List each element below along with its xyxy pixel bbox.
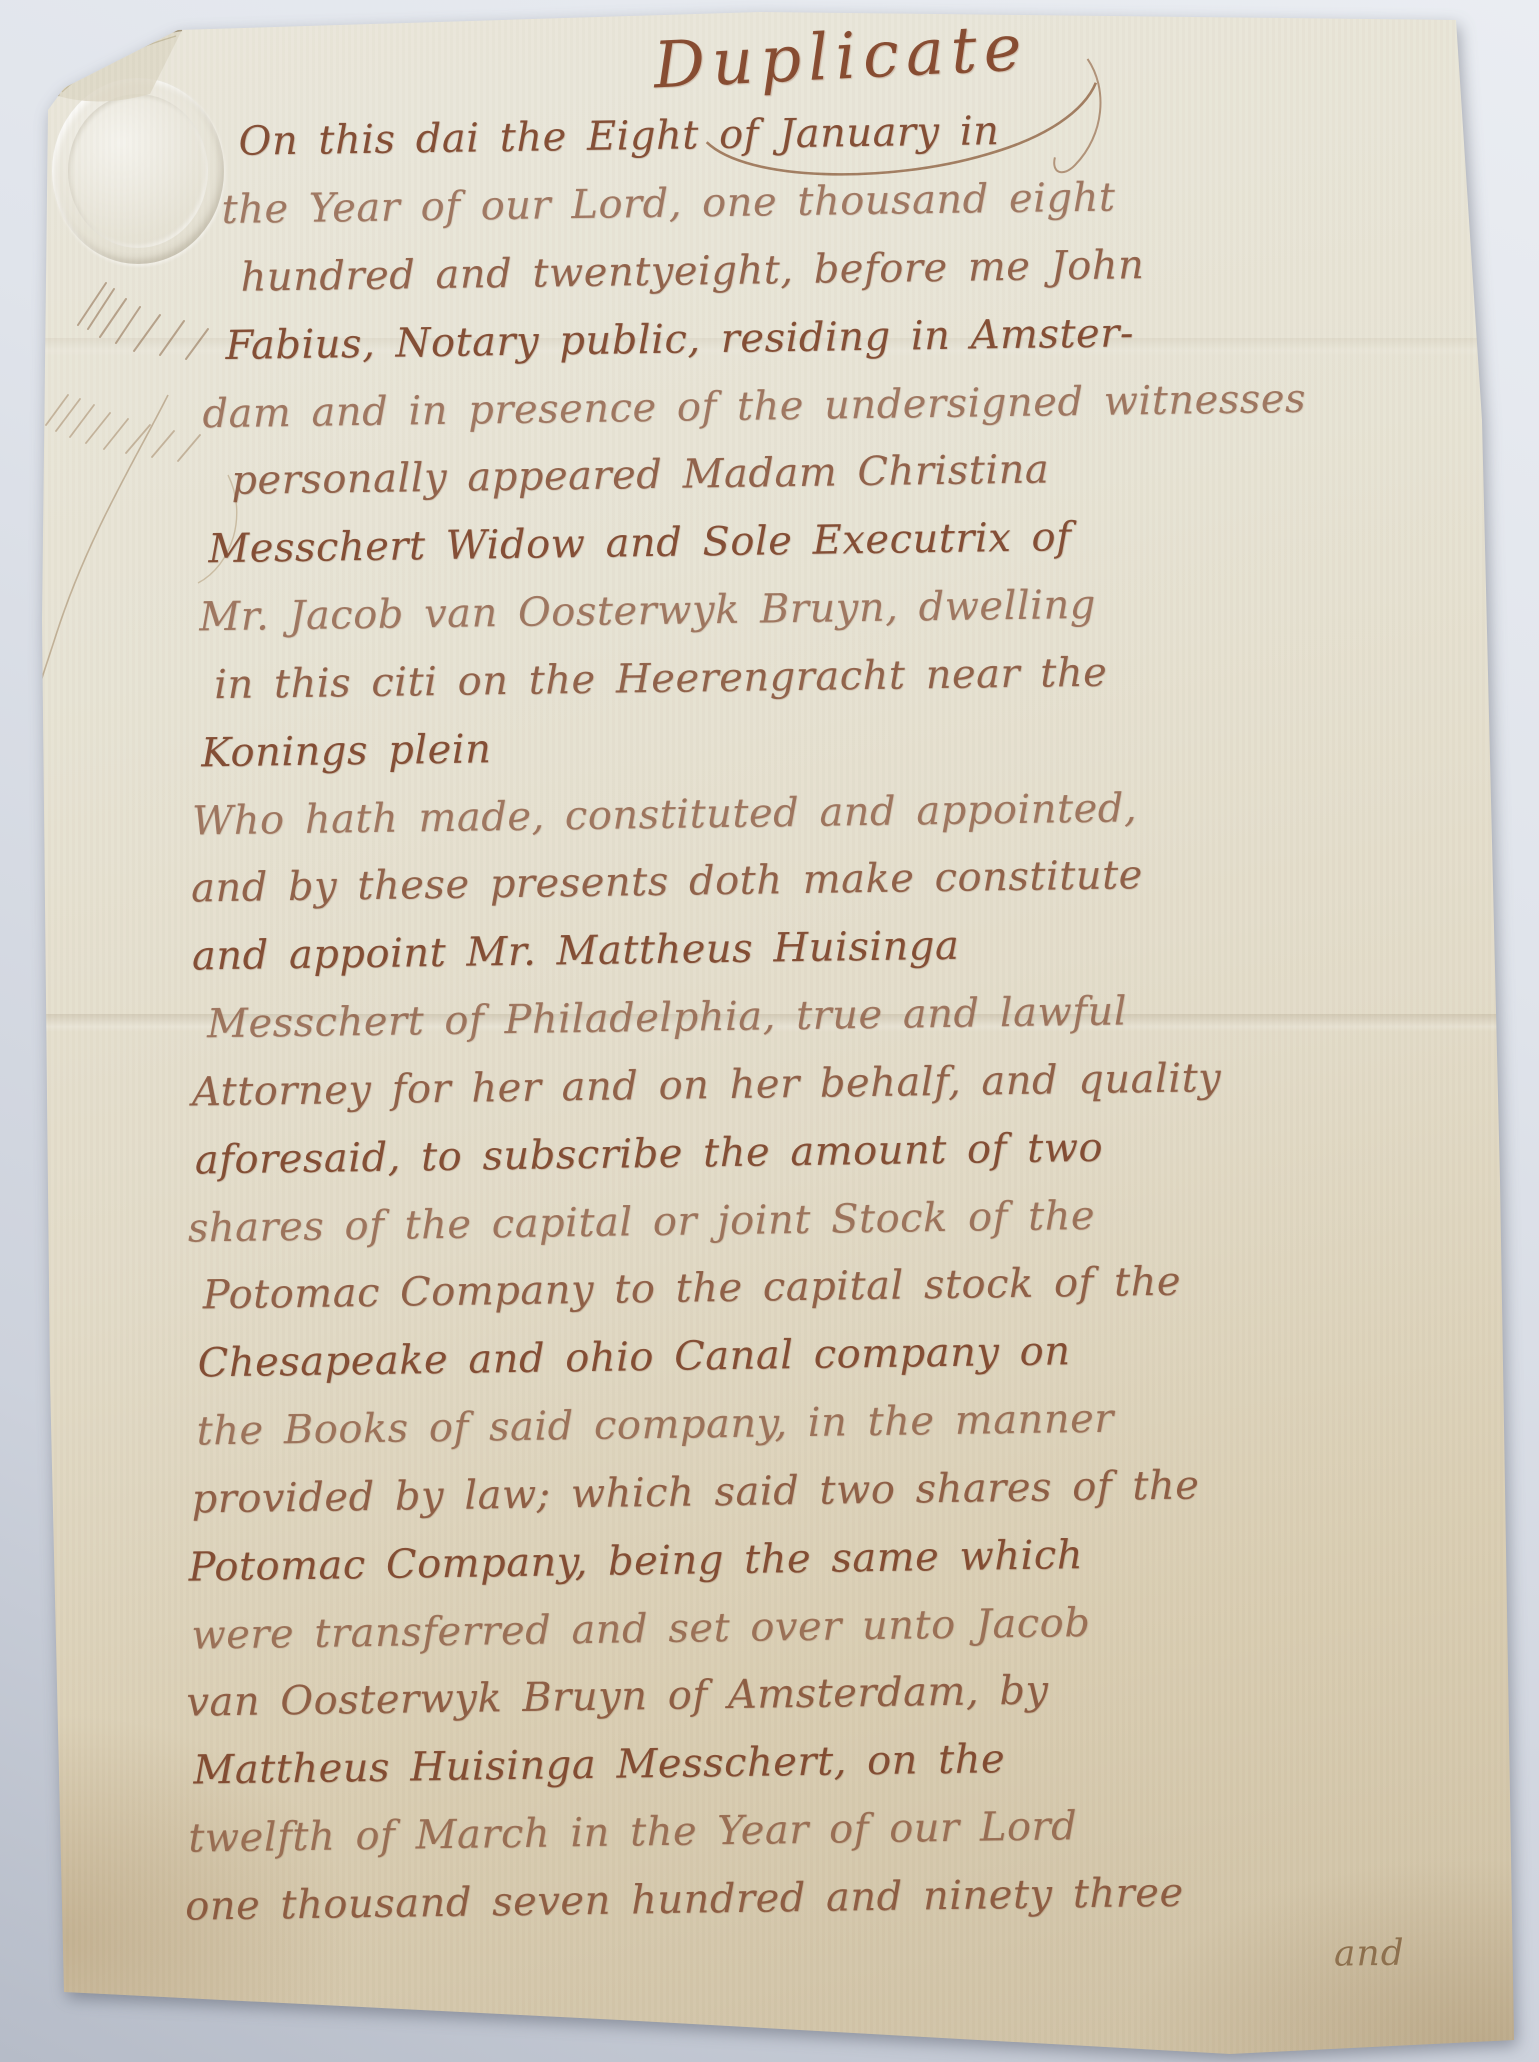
- manuscript-line: the Year of our Lord, one thousand eight: [221, 175, 1115, 233]
- fold-crease: [42, 338, 1509, 356]
- manuscript-line: Attorney for her and on her behalf, and …: [192, 1055, 1222, 1115]
- manuscript-line: van Oosterwyk Bruyn of Amsterdam, by: [186, 1668, 1049, 1726]
- manuscript-line: hundred and twentyeight, before me John: [240, 242, 1144, 301]
- manuscript-line: aforesaid, to subscribe the amount of tw…: [195, 1125, 1104, 1184]
- manuscript-line: in this citi on the Heerengracht near th…: [214, 650, 1108, 708]
- manuscript-line: provided by law; which said two shares o…: [191, 1462, 1199, 1522]
- manuscript-line: were transferred and set over unto Jacob: [191, 1600, 1090, 1659]
- manuscript-line: Fabius, Notary public, residing in Amste…: [225, 310, 1134, 369]
- margin-scrawl-annotation: [18, 215, 298, 695]
- manuscript-line: personally appeared Madam Christina: [231, 446, 1049, 503]
- manuscript-line: Mr. Jacob van Oosterwyk Bruyn, dwelling: [199, 582, 1096, 641]
- title-flourish: [625, 48, 1187, 196]
- folded-corner: [0, 0, 260, 140]
- manuscript-line: Potomac Company to the capital stock of …: [202, 1259, 1181, 1319]
- manuscript-line: twelfth of March in the Year of our Lord: [188, 1803, 1078, 1861]
- manuscript-line: Who hath made, constituted and appointed…: [192, 785, 1138, 844]
- manuscript-photo: Duplicate On this dai the Eight of Janua…: [0, 0, 1539, 2062]
- manuscript-text: Duplicate On this dai the Eight of Janua…: [0, 0, 1539, 2062]
- manuscript-line: On this dai the Eight of January in: [238, 108, 999, 165]
- manuscript-line: dam and in presence of the undersigned w…: [202, 376, 1306, 437]
- manuscript-line: one thousand seven hundred and ninety th…: [185, 1870, 1184, 1930]
- manuscript-body-text: On this dai the Eight of January inthe Y…: [0, 0, 1524, 4]
- manuscript-line: the Books of said company, in the manner: [196, 1396, 1114, 1455]
- manuscript-line: Potomac Company, being the same which: [188, 1532, 1083, 1590]
- manuscript-page: Duplicate On this dai the Eight of Janua…: [0, 0, 1539, 2062]
- manuscript-line: and by these presents doth make constitu…: [191, 852, 1143, 911]
- photo-background: { "document": { "title": "Duplicate", "l…: [0, 0, 1539, 2062]
- embossed-seal: [52, 78, 224, 264]
- manuscript-line: and appoint Mr. Mattheus Huisinga: [192, 923, 960, 980]
- manuscript-line: shares of the capital or joint Stock of …: [187, 1193, 1095, 1252]
- manuscript-line: Konings plein: [201, 726, 492, 776]
- manuscript-line: Mattheus Huisinga Messchert, on the: [193, 1736, 1005, 1793]
- manuscript-line: Messchert of Philadelphia, true and lawf…: [207, 988, 1128, 1047]
- fold-crease: [42, 1014, 1509, 1032]
- manuscript-line: Messchert Widow and Sole Executrix of: [208, 514, 1072, 572]
- document-title: Duplicate: [652, 11, 1030, 103]
- manuscript-line: Chesapeake and ohio Canal company on: [197, 1328, 1070, 1386]
- catchword: and: [1334, 1933, 1405, 1975]
